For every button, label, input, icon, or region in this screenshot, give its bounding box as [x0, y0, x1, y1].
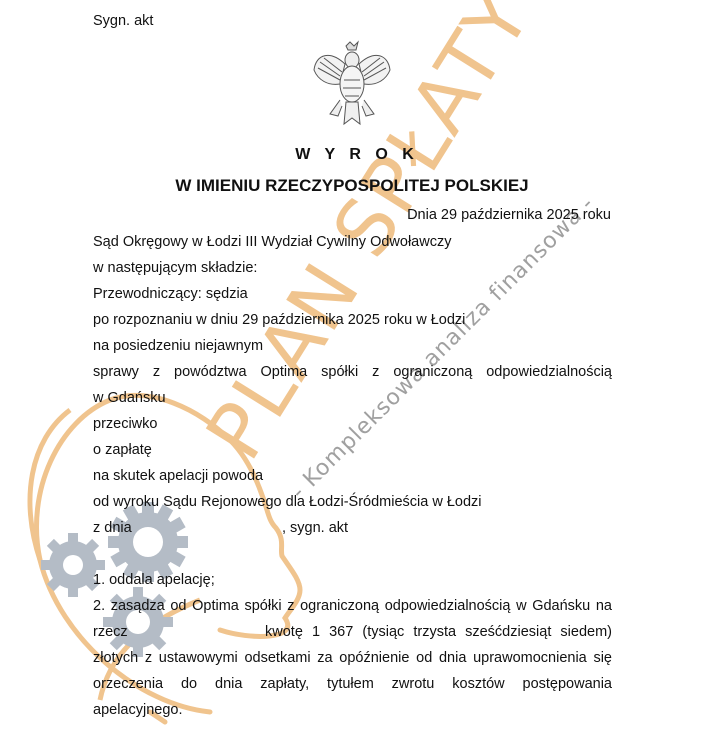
document-page: PLAN SPŁATY - Kompleksowa analiza finans… — [0, 0, 704, 730]
against-label: przeciwko — [93, 415, 157, 433]
session-type: na posiedzeniu niejawnym — [93, 337, 263, 355]
court-name: Sąd Okręgowy w Łodzi III Wydział Cywilny… — [93, 233, 451, 251]
date-line: Dnia 29 października 2025 roku — [407, 206, 611, 224]
judgment-sygn: , sygn. akt — [282, 519, 348, 537]
judgment-reference: od wyroku Sądu Rejonowego dla Łodzi-Śród… — [93, 493, 482, 511]
case-subject: o zapłatę — [93, 441, 152, 459]
judgment-date-prefix: z dnia — [93, 519, 132, 537]
document-subtitle: W IMIENIU RZECZYPOSPOLITEJ POLSKIEJ — [0, 176, 704, 196]
signature-label: Sygn. akt — [93, 12, 153, 30]
hearing-info: po rozpoznaniu w dniu 29 października 20… — [93, 311, 465, 329]
ruling-2-amount: kwotę 1 367 (tysiąc trzysta sześćdziesią… — [265, 619, 612, 645]
ruling-2-line-5: apelacyjnego. — [93, 701, 183, 719]
ruling-2-line-3: złotych z ustawowymi odsetkami za opóźni… — [93, 645, 612, 671]
ruling-1: 1. oddala apelację; — [93, 571, 215, 589]
ruling-2-line-4: orzeczenia do dnia zapłaty, tytułem zwro… — [93, 671, 612, 697]
plaintiff-city: w Gdańsku — [93, 389, 166, 407]
ruling-2-line-1: 2. zasądza od Optima spółki z ograniczon… — [93, 593, 612, 619]
document-title: W Y R O K — [0, 146, 704, 164]
document-body: Sygn. akt W Y R O K W IMIENIU RZECZYPOSP… — [0, 0, 704, 730]
presiding-judge: Przewodniczący: sędzia — [93, 285, 248, 303]
ruling-2-recipient-label: rzecz — [93, 623, 128, 641]
composition-label: w następującym składzie: — [93, 259, 257, 277]
appeal-info: na skutek apelacji powoda — [93, 467, 263, 485]
case-plaintiff: sprawy z powództwa Optima spółki z ogran… — [93, 359, 612, 385]
